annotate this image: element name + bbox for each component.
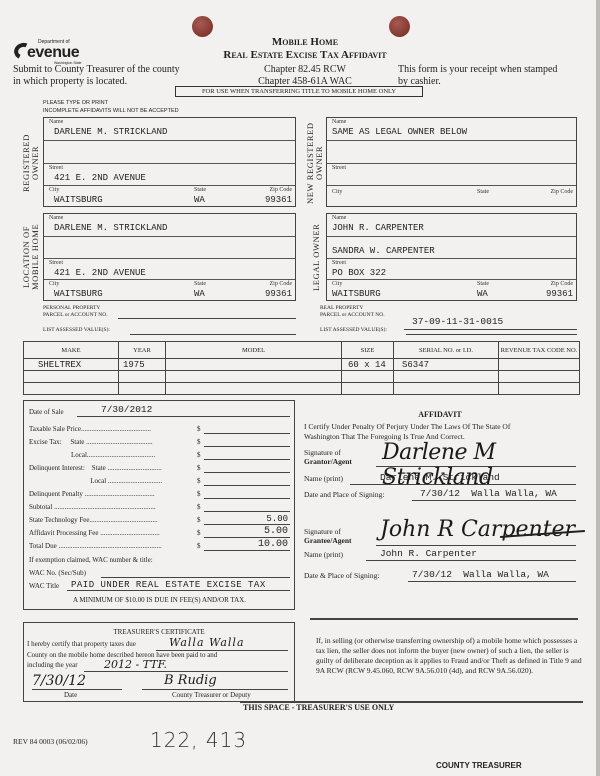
certify-line1: I Certify Under Penalty Of Perjury Under… (304, 422, 584, 432)
lo-zip-field[interactable]: 99361 (546, 289, 573, 299)
date-of-sale-row: Date of Sale 7/30/2012 (29, 406, 290, 418)
tax-row-label: Affidavit Processing Fee ...............… (29, 527, 197, 539)
col-size: SIZE (342, 342, 394, 359)
affidavit-divider (310, 618, 578, 620)
state-technology-fee-field[interactable]: 5.00 (266, 513, 288, 525)
page-edge-shadow (596, 0, 600, 776)
dollar-sign: $ (197, 475, 201, 487)
wac-no-label: WAC No. (Sec/Sub) (29, 567, 86, 579)
deputy-signature[interactable]: B Rudig (164, 673, 217, 688)
submit-note: Submit to County Treasurer of the county… (13, 64, 180, 88)
state-label: State (477, 189, 489, 195)
lo-street-row: Street PO BOX 322 (327, 259, 576, 280)
tax-row-label: Local ............................... (29, 475, 197, 487)
incomplete-text: INCOMPLETE AFFIDAVITS WILL NOT BE ACCEPT… (43, 108, 179, 116)
loc-street-field[interactable]: 421 E. 2ND AVENUE (54, 268, 146, 278)
grantee-signature[interactable]: John R Carpenter (380, 517, 575, 542)
pp-parcel-field[interactable] (118, 318, 296, 319)
loc-city-field[interactable]: WAITSBURG (54, 289, 103, 299)
affidavit-processing-fee-field[interactable]: 5.00 (264, 526, 288, 538)
name-label: Name (332, 119, 346, 125)
tax-row: Taxable Sale Price......................… (29, 423, 290, 435)
state-label: State (477, 281, 489, 287)
nro-name2-row (327, 141, 576, 164)
deputy-line (142, 689, 288, 690)
loc-state-field[interactable]: WA (194, 289, 205, 299)
legal-owner-label: LEGAL OWNER (312, 212, 321, 302)
tax-calculation-box: Date of Sale 7/30/2012 Taxable Sale Pric… (23, 400, 295, 610)
revenue-code-cell[interactable] (499, 359, 580, 371)
new-registered-owner-label: NEW REGISTEREDOWNER (306, 118, 324, 208)
lo-city-row: City State Zip Code WAITSBURG WA 99361 (327, 280, 576, 302)
rp-label-1: REAL PROPERTY (320, 305, 385, 312)
receipt-note-line1: This form is your receipt when stamped (398, 64, 557, 76)
street-label: Street (49, 260, 63, 266)
state-label: State (194, 281, 206, 287)
wac-no-line (101, 577, 290, 578)
zip-label: Zip Code (270, 187, 293, 193)
tax-row: Excise Tax: State ......................… (29, 436, 290, 448)
rp-parcel-field[interactable]: 37-09-11-31-0015 (404, 318, 577, 330)
tax-row-label: State Technology Fee....................… (29, 514, 197, 526)
dollar-sign: $ (197, 423, 201, 435)
exemption-label: If exemption claimed, WAC number & title… (29, 554, 290, 566)
size-cell[interactable]: 60 x 14 (342, 359, 394, 371)
dollar-sign: $ (197, 449, 201, 461)
tax-row-label: Delinquent Penalty .....................… (29, 488, 197, 500)
dollar-sign: $ (197, 488, 201, 500)
pp-assessed-field[interactable] (130, 334, 296, 335)
serial-cell[interactable]: S6347 (394, 359, 499, 371)
chapter-rcw: Chapter 82.45 RCW (246, 64, 364, 76)
date-of-sale-field[interactable]: 7/30/2012 (101, 404, 152, 416)
wac-title-field[interactable]: PAID UNDER REAL ESTATE EXCISE TAX (71, 579, 266, 591)
model-cell[interactable] (166, 359, 342, 371)
affidavit-heading: AFFIDAVIT (300, 410, 580, 419)
serial-cell[interactable] (394, 383, 499, 395)
tax-row-label: Local...................................… (29, 449, 197, 461)
ro-name2-row (44, 141, 295, 164)
table-row: SHELTREX 1975 60 x 14 S6347 (24, 359, 580, 371)
cert-date-handwritten[interactable]: 7/30/12 (32, 673, 86, 689)
dollar-sign: $ (197, 462, 201, 474)
zip-label: Zip Code (270, 281, 293, 287)
ro-state-field[interactable]: WA (194, 195, 205, 205)
zip-label: Zip Code (551, 281, 574, 287)
grantee-signature-label: Signature of Grantee/Agent (304, 527, 352, 545)
registered-owner-block: Name DARLENE M. STRICKLAND Street 421 E.… (43, 117, 296, 207)
nro-name-row: Name SAME AS LEGAL OWNER BELOW (327, 118, 576, 141)
dollar-sign: $ (197, 540, 201, 552)
form-title-line1: Mobile Home (230, 36, 380, 48)
tax-line (204, 433, 290, 434)
street-label: Street (332, 260, 346, 266)
city-label: City (332, 281, 342, 287)
logo-name-text: evenue (27, 44, 79, 62)
cert-date-line (32, 689, 122, 690)
submit-note-line1: Submit to County Treasurer of the county (13, 64, 180, 76)
lo-name-row: Name JOHN R. CARPENTER (327, 214, 576, 237)
nro-street-row: Street (327, 164, 576, 186)
pp-assessed-label: LIST ASSESSED VALUE(S): (43, 327, 110, 334)
revenue-code-cell[interactable] (499, 371, 580, 383)
serial-cell[interactable] (394, 371, 499, 383)
loc-name-field[interactable]: DARLENE M. STRICKLAND (54, 223, 167, 233)
real-property-label: REAL PROPERTY PARCEL or ACCOUNT NO. (320, 305, 385, 319)
ro-city-field[interactable]: WAITSBURG (54, 195, 103, 205)
form-title-line2: Real Estate Excise Tax Affidavit (180, 49, 430, 61)
punch-hole-left (192, 16, 213, 37)
grantee-date-line (408, 581, 576, 582)
year-cell[interactable]: 1975 (119, 359, 166, 371)
city-label: City (49, 187, 59, 193)
tax-row-label: Delinquent Interest: State .............… (29, 462, 197, 474)
treasurer-certificate-box: TREASURER'S CERTIFICATE I hereby certify… (23, 622, 295, 702)
size-cell[interactable] (342, 383, 394, 395)
tax-row-label: Excise Tax: State ......................… (29, 436, 197, 448)
grantor-date-line (412, 500, 576, 501)
col-serial: SERIAL NO. or I.D. (394, 342, 499, 359)
affidavit-certify-text: I Certify Under Penalty Of Perjury Under… (304, 422, 584, 441)
loc-name-row: Name DARLENE M. STRICKLAND (44, 214, 295, 237)
grantor-name-label: Name (print) (304, 474, 343, 483)
county-treasurer-stamp: COUNTY TREASURER (436, 761, 522, 770)
street-label: Street (49, 165, 63, 171)
please-type-text: PLEASE TYPE OR PRINT (43, 100, 179, 108)
table-header-row: MAKE YEAR MODEL SIZE SERIAL NO. or I.D. … (24, 342, 580, 359)
location-block: Name DARLENE M. STRICKLAND Street 421 E.… (43, 213, 296, 301)
lo-street-field[interactable]: PO BOX 322 (332, 268, 386, 278)
tax-row: Local ...............................$ (29, 475, 290, 487)
make-cell[interactable] (24, 371, 119, 383)
tax-row: State Technology Fee....................… (29, 514, 290, 526)
tax-row: Affidavit Processing Fee ...............… (29, 527, 290, 539)
receipt-note: This form is your receipt when stamped b… (398, 64, 557, 88)
legal-owner-block: Name JOHN R. CARPENTER SANDRA W. CARPENT… (326, 213, 577, 301)
minimum-note: A MINIMUM OF $10.00 IS DUE IN FEE(S) AND… (29, 594, 290, 606)
grantee-date-label: Date & Place of Signing: (304, 571, 379, 580)
model-cell[interactable] (166, 383, 342, 395)
tax-row-label: Taxable Sale Price......................… (29, 423, 197, 435)
grantee-date-field[interactable]: 7/30/12 Walla Walla, WA (412, 569, 549, 580)
chapter-refs: Chapter 82.45 RCW Chapter 458-61A WAC (246, 64, 364, 88)
loc-street-row: Street 421 E. 2ND AVENUE (44, 259, 295, 280)
tax-row: Subtotal ...............................… (29, 501, 290, 513)
tax-row-label: Subtotal ...............................… (29, 501, 197, 513)
model-cell[interactable] (166, 371, 342, 383)
lo-name2-row: SANDRA W. CARPENTER (327, 237, 576, 259)
total-due-field[interactable]: 10.00 (258, 539, 288, 551)
name-label: Name (49, 215, 63, 221)
instructions: PLEASE TYPE OR PRINT INCOMPLETE AFFIDAVI… (43, 100, 179, 115)
pp-label-1: PERSONAL PROPERTY (43, 305, 108, 312)
col-year: YEAR (119, 342, 166, 359)
wac-title-label: WAC Title (29, 580, 59, 592)
dollar-sign: $ (197, 514, 201, 526)
grantor-date-field[interactable]: 7/30/12 Walla Walla, WA (420, 488, 557, 499)
lo-city-field[interactable]: WAITSBURG (332, 289, 381, 299)
tax-line (204, 485, 290, 486)
make-cell[interactable] (24, 383, 119, 395)
year-line (84, 671, 288, 672)
tax-line (204, 511, 290, 512)
name-label: Name (49, 119, 63, 125)
ro-name-row: Name DARLENE M. STRICKLAND (44, 118, 295, 141)
lo-name2-field[interactable]: SANDRA W. CARPENTER (332, 246, 435, 256)
treasurer-use-label: THIS SPACE - TREASURER'S USE ONLY (243, 703, 394, 712)
year-cell[interactable] (119, 383, 166, 395)
street-label: Street (332, 165, 346, 171)
ro-city-row: City State Zip Code WAITSBURG WA 99361 (44, 186, 295, 208)
grantee-signature-line (376, 545, 576, 546)
tax-line (204, 446, 290, 447)
new-registered-owner-block: Name SAME AS LEGAL OWNER BELOW Street Ci… (326, 117, 577, 207)
rp-parcel-value: 37-09-11-31-0015 (412, 316, 503, 327)
zip-label: Zip Code (551, 189, 574, 195)
ro-zip-field[interactable]: 99361 (265, 195, 292, 205)
tax-line (204, 459, 290, 460)
submit-note-line2: in which property is located. (13, 76, 180, 88)
pp-label-2: PARCEL or ACCOUNT NO. (43, 312, 108, 319)
grantee-name-field[interactable]: John R. Carpenter (380, 548, 477, 559)
tax-row: Local...................................… (29, 449, 290, 461)
form-page: Department of evenue Washington State Mo… (0, 0, 600, 776)
personal-property-label: PERSONAL PROPERTY PARCEL or ACCOUNT NO. (43, 305, 108, 319)
col-revenue-code: REVENUE TAX CODE NO. (499, 342, 580, 359)
mobile-home-table: MAKE YEAR MODEL SIZE SERIAL NO. or I.D. … (23, 341, 580, 395)
date-of-sale-line (77, 416, 290, 417)
tax-line (204, 498, 290, 499)
loc-name2-row (44, 237, 295, 259)
state-label: State (194, 187, 206, 193)
size-cell[interactable] (342, 371, 394, 383)
date-of-sale-label: Date of Sale (29, 406, 64, 418)
revenue-code-cell[interactable] (499, 383, 580, 395)
dollar-sign: $ (197, 436, 201, 448)
grantor-name-field[interactable]: Darlene M. Strickland (380, 472, 500, 483)
ro-street-field[interactable]: 421 E. 2ND AVENUE (54, 173, 146, 183)
table-row (24, 371, 580, 383)
dollar-sign: $ (197, 527, 201, 539)
use-only-banner: FOR USE WHEN TRANSFERRING TITLE TO MOBIL… (175, 86, 423, 97)
rp-assessed-field[interactable] (406, 334, 577, 335)
loc-city-row: City State Zip Code WAITSBURG WA 99361 (44, 280, 295, 302)
tax-row: Delinquent Interest: State .............… (29, 462, 290, 474)
lo-name-field[interactable]: JOHN R. CARPENTER (332, 223, 424, 233)
table-row (24, 383, 580, 395)
cert-date-label: Date (64, 691, 77, 699)
treasurer-cert-heading: TREASURER'S CERTIFICATE (24, 628, 294, 636)
nro-name-field[interactable]: SAME AS LEGAL OWNER BELOW (332, 127, 467, 137)
county-handwritten-field[interactable]: Walla Walla (169, 636, 245, 649)
rp-label-2: PARCEL or ACCOUNT NO. (320, 312, 385, 319)
grantor-name-line (350, 484, 576, 485)
col-model: MODEL (166, 342, 342, 359)
wac-no-row: WAC No. (Sec/Sub) (29, 567, 290, 579)
treasurer-cert-line3: including the year (27, 661, 78, 669)
punch-hole-right (389, 16, 410, 37)
grantee-sig-label-2: Grantee/Agent (304, 536, 352, 545)
treasurer-cert-line1: I hereby certify that property taxes due (27, 640, 136, 648)
tax-row-label: Total Due ..............................… (29, 540, 197, 552)
grantor-sig-label-1: Signature of (304, 448, 352, 457)
tax-line (204, 472, 290, 473)
deputy-label: County Treasurer or Deputy (172, 691, 251, 699)
ro-name-field[interactable]: DARLENE M. STRICKLAND (54, 127, 167, 137)
lo-state-field[interactable]: WA (477, 289, 488, 299)
grantor-sig-label-2: Grantor/Agent (304, 457, 352, 466)
form-number: REV 84 0003 (06/02/06) (13, 737, 88, 746)
lien-notice: If, in selling (or otherwise transferrin… (316, 636, 584, 676)
tax-row: Total Due ..............................… (29, 540, 290, 552)
handwritten-number: 122, 413 (150, 728, 247, 752)
col-make: MAKE (24, 342, 119, 359)
wac-title-row: WAC Title PAID UNDER REAL ESTATE EXCISE … (29, 580, 290, 592)
location-label: LOCATION OFMOBILE HOME (22, 212, 40, 302)
city-label: City (332, 189, 342, 195)
year-cell[interactable] (119, 371, 166, 383)
ro-street-row: Street 421 E. 2ND AVENUE (44, 164, 295, 186)
grantor-signature-label: Signature of Grantor/Agent (304, 448, 352, 466)
make-cell[interactable]: SHELTREX (24, 359, 119, 371)
year-handwritten-field[interactable]: 2012 - TTF. (104, 658, 167, 671)
grantor-date-label: Date and Place of Signing: (304, 490, 384, 499)
grantee-name-label: Name (print) (304, 550, 343, 559)
tax-row: Delinquent Penalty .....................… (29, 488, 290, 500)
nro-city-row: City State Zip Code (327, 186, 576, 208)
registered-owner-label: REGISTEREDOWNER (22, 118, 40, 208)
city-label: City (49, 281, 59, 287)
grantee-name-line (366, 560, 576, 561)
dollar-sign: $ (197, 501, 201, 513)
loc-zip-field[interactable]: 99361 (265, 289, 292, 299)
grantee-sig-label-1: Signature of (304, 527, 352, 536)
rp-assessed-label: LIST ASSESSED VALUE(S): (320, 327, 387, 334)
name-label: Name (332, 215, 346, 221)
